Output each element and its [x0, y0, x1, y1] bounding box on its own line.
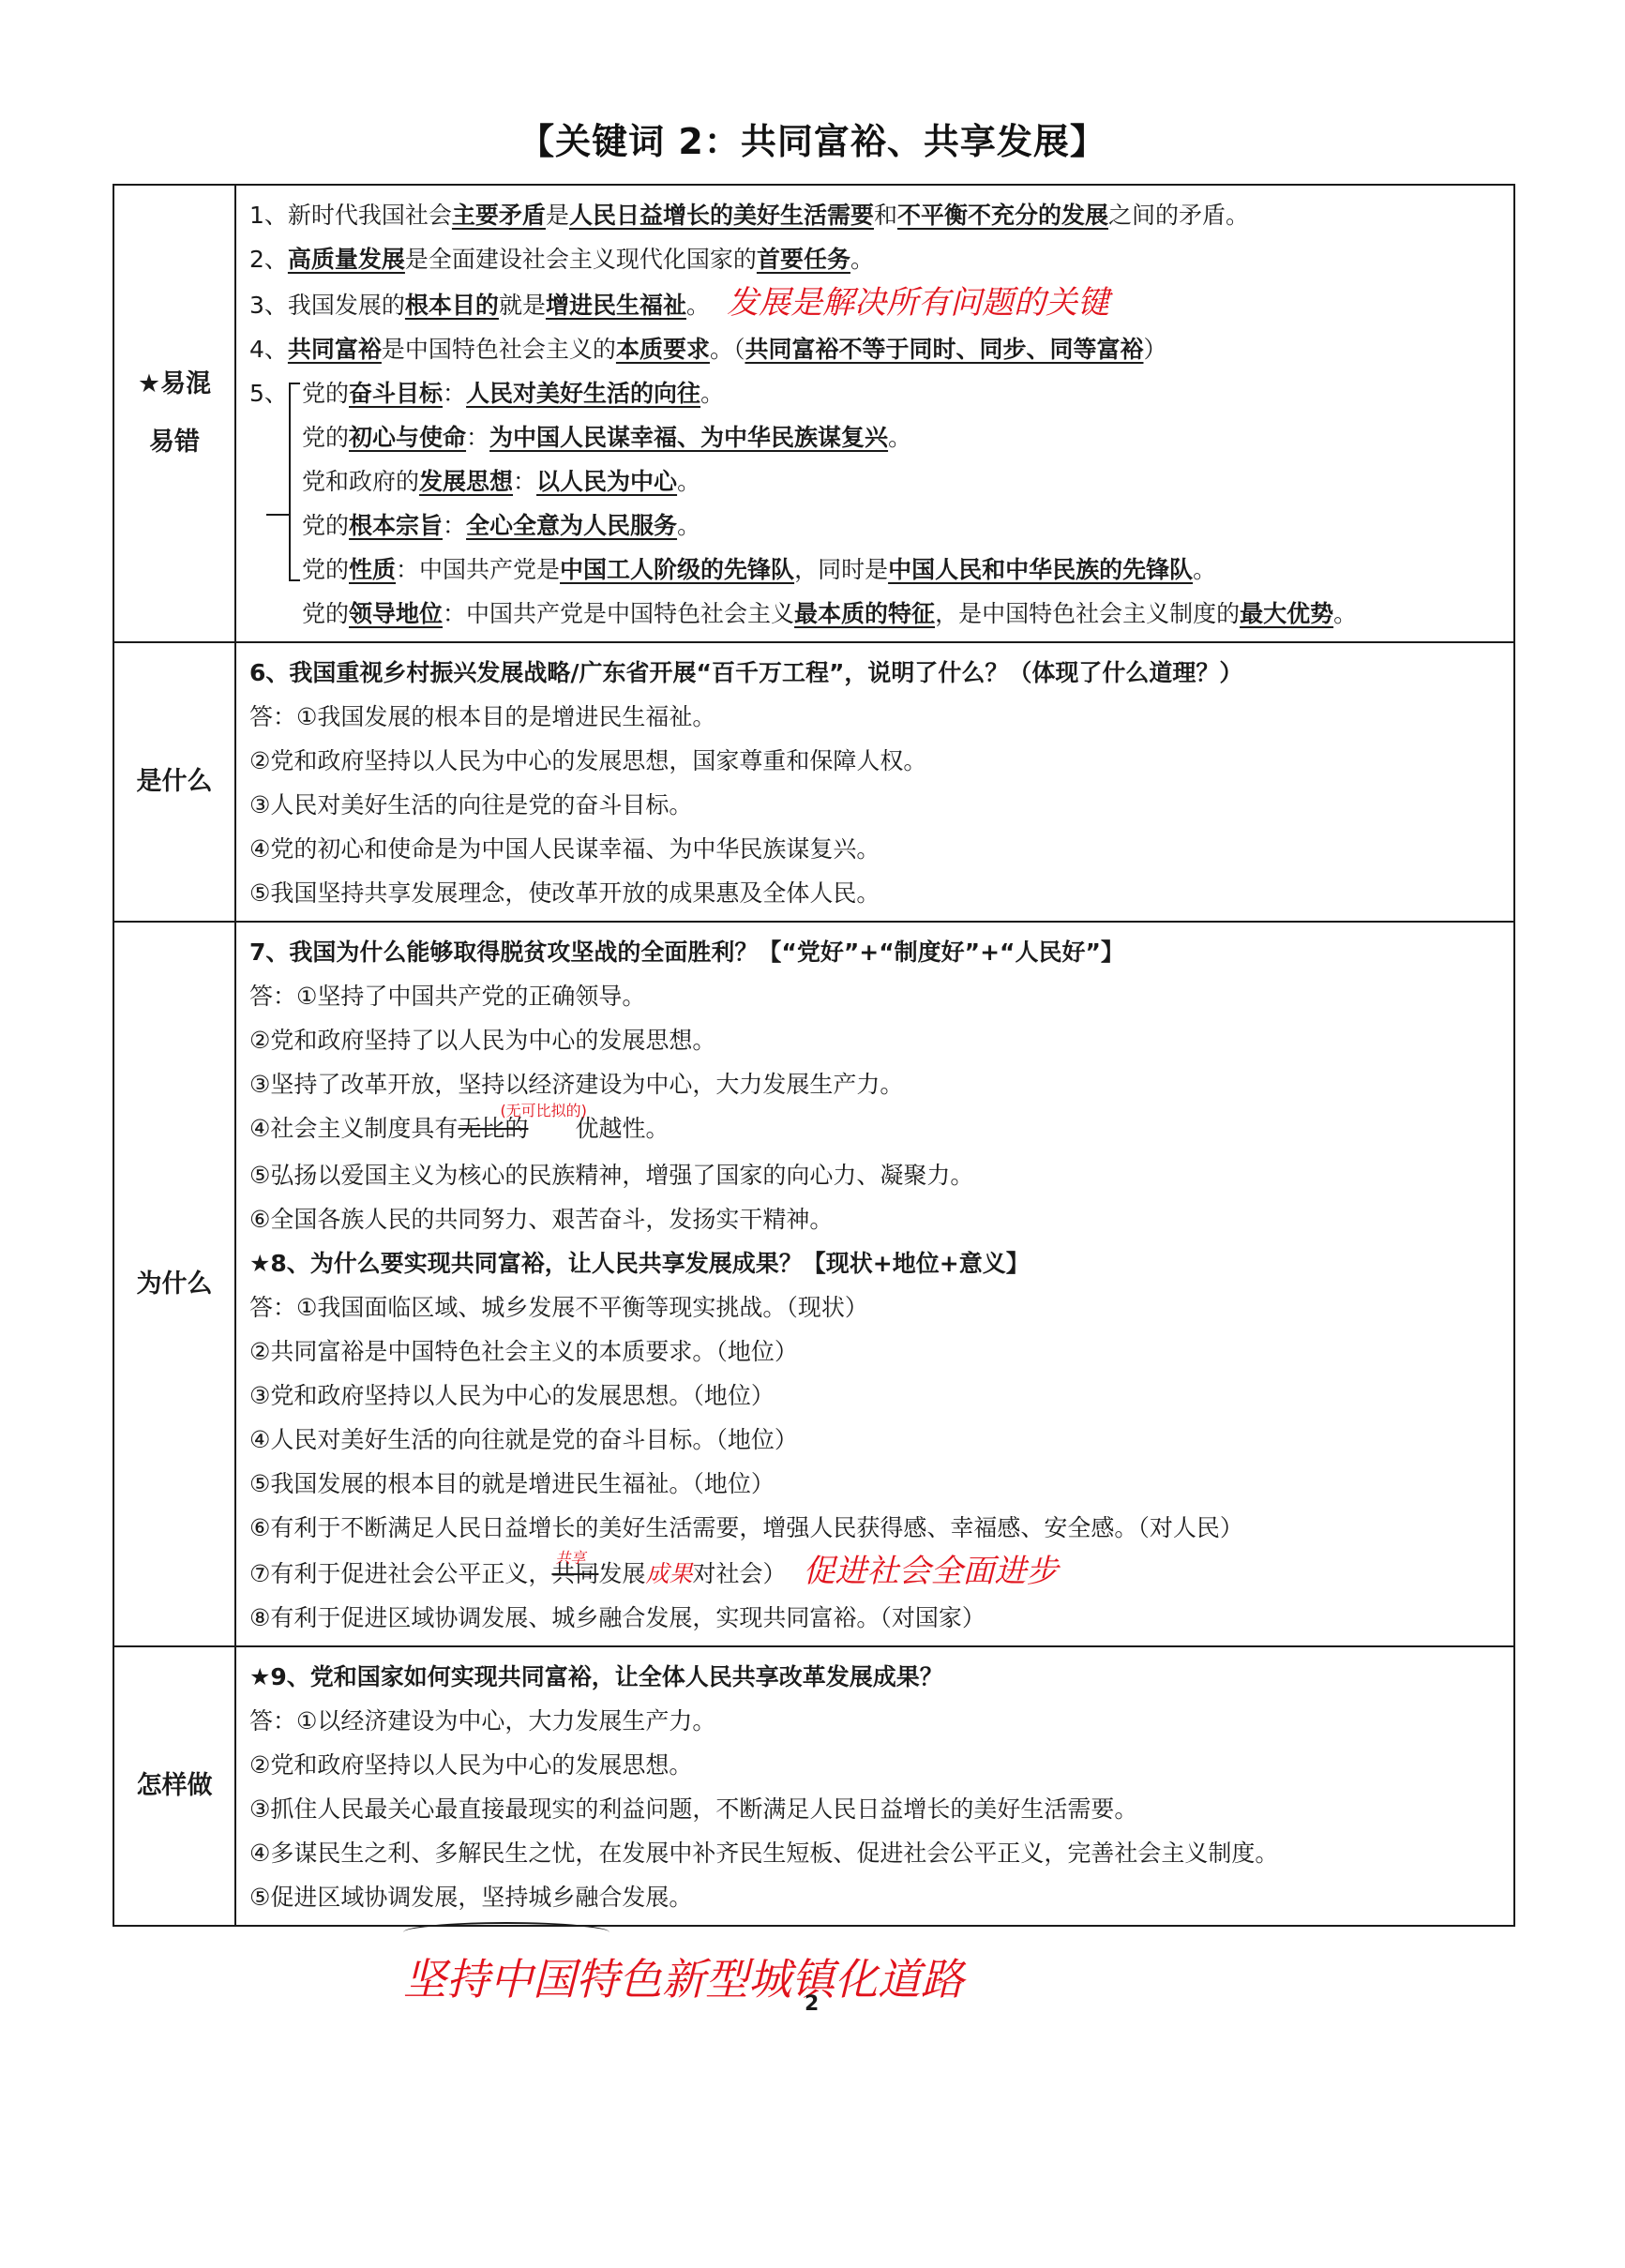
- question-9: ★9、党和国家如何实现共同富裕，让全体人民共享改革发展成果？: [249, 1655, 1513, 1699]
- keyword: 共同富裕: [288, 336, 382, 363]
- keyword: 增进民生福祉: [546, 292, 686, 319]
- section-why: 为什么 7、我国为什么能够取得脱贫攻坚战的全面胜利？【“党好”+“制度好”+“人…: [113, 922, 1514, 1646]
- handwritten-brace-mark: [403, 1922, 609, 1943]
- item-1: 1、新时代我国社会主要矛盾是人民日益增长的美好生活需要和不平衡不充分的发展之间的…: [249, 193, 1513, 237]
- section-label-confusing: ★易混 易错: [113, 185, 235, 642]
- item-5-line: 党的奋斗目标：人民对美好生活的向往。: [302, 371, 1513, 415]
- answer-line: ③党和政府坚持以人民为中心的发展思想。（地位）: [249, 1374, 1513, 1418]
- section-what: 是什么 6、我国重视乡村振兴发展战略/广东省开展“百千万工程”，说明了什么？（体…: [113, 642, 1514, 922]
- keyword: 人民日益增长的美好生活需要: [569, 202, 874, 229]
- section-how: 怎样做 ★9、党和国家如何实现共同富裕，让全体人民共享改革发展成果？ 答：①以经…: [113, 1646, 1514, 1926]
- bracket-tick: [266, 514, 289, 516]
- answer-line: ⑦有利于促进社会公平正义，共同共享发展成果对社会）促进社会全面进步: [249, 1550, 1513, 1596]
- section-label-what: 是什么: [113, 642, 235, 922]
- answer-line: ⑥全国各族人民的共同努力、艰苦奋斗，发扬实干精神。: [249, 1197, 1513, 1241]
- answer-line: ②党和政府坚持以人民为中心的发展思想。: [249, 1743, 1513, 1787]
- item-5-line: 党的根本宗旨：全心全意为人民服务。: [302, 503, 1513, 548]
- answer-line: ⑧有利于促进区域协调发展、城乡融合发展，实现共同富裕。（对国家）: [249, 1596, 1513, 1640]
- handwritten-bottom-note: 坚持中国特色新型城镇化道路: [403, 1945, 964, 2007]
- answer-line: ②党和政府坚持了以人民为中心的发展思想。: [249, 1018, 1513, 1062]
- label-line-2: 易错: [115, 413, 233, 472]
- handwritten-correction: 共享: [555, 1536, 585, 1580]
- label-line-1: ★易混: [115, 355, 233, 413]
- item-4: 4、共同富裕是中国特色社会主义的本质要求。（共同富裕不等于同时、同步、同等富裕）: [249, 327, 1513, 371]
- keyword: 本质要求: [616, 336, 710, 363]
- section-label-how: 怎样做: [113, 1646, 235, 1926]
- keyword: 共同富裕不等于同时、同步、同等富裕: [745, 336, 1143, 363]
- section-confusing-points: ★易混 易错 1、新时代我国社会主要矛盾是人民日益增长的美好生活需要和不平衡不充…: [113, 185, 1514, 642]
- section-content-why: 7、我国为什么能够取得脱贫攻坚战的全面胜利？【“党好”+“制度好”+“人民好”】…: [235, 922, 1514, 1646]
- answer-line: 答：①坚持了中国共产党的正确领导。: [249, 974, 1513, 1018]
- item-5-line: 党的领导地位：中国共产党是中国特色社会主义最本质的特征，是中国特色社会主义制度的…: [302, 592, 1513, 636]
- answer-line: ②党和政府坚持以人民为中心的发展思想，国家尊重和保障人权。: [249, 739, 1513, 783]
- keyword: 高质量发展: [288, 246, 405, 273]
- keyword: 根本目的: [405, 292, 499, 319]
- item-3: 3、我国发展的根本目的就是增进民生福祉。发展是解决所有问题的关键: [249, 281, 1513, 327]
- section-content-how: ★9、党和国家如何实现共同富裕，让全体人民共享改革发展成果？ 答：①以经济建设为…: [235, 1646, 1514, 1926]
- keyword: 不平衡不充分的发展: [897, 202, 1108, 229]
- keyword: 主要矛盾: [452, 202, 546, 229]
- item-5-line: 党的初心与使命：为中国人民谋幸福、为中华民族谋复兴。: [302, 415, 1513, 459]
- answer-line: ④人民对美好生活的向往就是党的奋斗目标。（地位）: [249, 1418, 1513, 1462]
- section-content-confusing: 1、新时代我国社会主要矛盾是人民日益增长的美好生活需要和不平衡不充分的发展之间的…: [235, 185, 1514, 642]
- keyword: 首要任务: [757, 246, 850, 273]
- question-6: 6、我国重视乡村振兴发展战略/广东省开展“百千万工程”，说明了什么？（体现了什么…: [249, 651, 1513, 695]
- answer-line: 答：①以经济建设为中心，大力发展生产力。: [249, 1699, 1513, 1743]
- answer-line: ②共同富裕是中国特色社会主义的本质要求。（地位）: [249, 1329, 1513, 1374]
- page-title: 【关键词 2：共同富裕、共享发展】: [0, 113, 1625, 164]
- answer-line: 答：①我国发展的根本目的是增进民生福祉。: [249, 695, 1513, 739]
- notes-table: ★易混 易错 1、新时代我国社会主要矛盾是人民日益增长的美好生活需要和不平衡不充…: [113, 184, 1515, 1927]
- answer-line: 答：①我国面临区域、城乡发展不平衡等现实挑战。（现状）: [249, 1285, 1513, 1329]
- answer-line: ③人民对美好生活的向往是党的奋斗目标。: [249, 783, 1513, 827]
- answer-line: ⑤我国坚持共享发展理念，使改革开放的成果惠及全体人民。: [249, 871, 1513, 915]
- handwritten-insert: 成果: [645, 1560, 692, 1587]
- item-5-line: 党的性质：中国共产党是中国工人阶级的先锋队，同时是中国人民和中华民族的先锋队。: [302, 548, 1513, 592]
- question-7: 7、我国为什么能够取得脱贫攻坚战的全面胜利？【“党好”+“制度好”+“人民好”】: [249, 930, 1513, 974]
- question-8: ★8、为什么要实现共同富裕，让人民共享发展成果？【现状+地位+意义】: [249, 1241, 1513, 1285]
- answer-line: ③抓住人民最关心最直接最现实的利益问题，不断满足人民日益增长的美好生活需要。: [249, 1787, 1513, 1831]
- item-2: 2、高质量发展是全面建设社会主义现代化国家的首要任务。: [249, 237, 1513, 281]
- handwritten-note: 发展是解决所有问题的关键: [727, 284, 1109, 322]
- section-label-why: 为什么: [113, 922, 235, 1646]
- handwritten-note: 促进社会全面进步: [803, 1553, 1058, 1590]
- answer-line: ⑥有利于不断满足人民日益增长的美好生活需要，增强人民获得感、幸福感、安全感。（对…: [249, 1506, 1513, 1550]
- item-5: 5、 党的奋斗目标：人民对美好生活的向往。 党的初心与使命：为中国人民谋幸福、为…: [249, 371, 1513, 636]
- answer-line: ⑤我国发展的根本目的就是增进民生福祉。（地位）: [249, 1462, 1513, 1506]
- handwritten-note: (无可比拟的): [500, 1089, 603, 1133]
- answer-line: ④党的初心和使命是为中国人民谋幸福、为中华民族谋复兴。: [249, 827, 1513, 871]
- answer-line: ⑤促进区域协调发展，坚持城乡融合发展。: [249, 1875, 1513, 1919]
- page-number: 2: [805, 1992, 819, 2016]
- section-content-what: 6、我国重视乡村振兴发展战略/广东省开展“百千万工程”，说明了什么？（体现了什么…: [235, 642, 1514, 922]
- answer-line: ④社会主义制度具有无比的(无可比拟的)优越性。: [249, 1106, 1513, 1153]
- answer-line: ③坚持了改革开放，坚持以经济建设为中心，大力发展生产力。: [249, 1062, 1513, 1106]
- bracket-mark: [289, 383, 300, 581]
- answer-line: ④多谋民生之利、多解民生之忧，在发展中补齐民生短板、促进社会公平正义，完善社会主…: [249, 1831, 1513, 1875]
- item-5-line: 党和政府的发展思想：以人民为中心。: [302, 459, 1513, 503]
- answer-line: ⑤弘扬以爱国主义为核心的民族精神，增强了国家的向心力、凝聚力。: [249, 1153, 1513, 1197]
